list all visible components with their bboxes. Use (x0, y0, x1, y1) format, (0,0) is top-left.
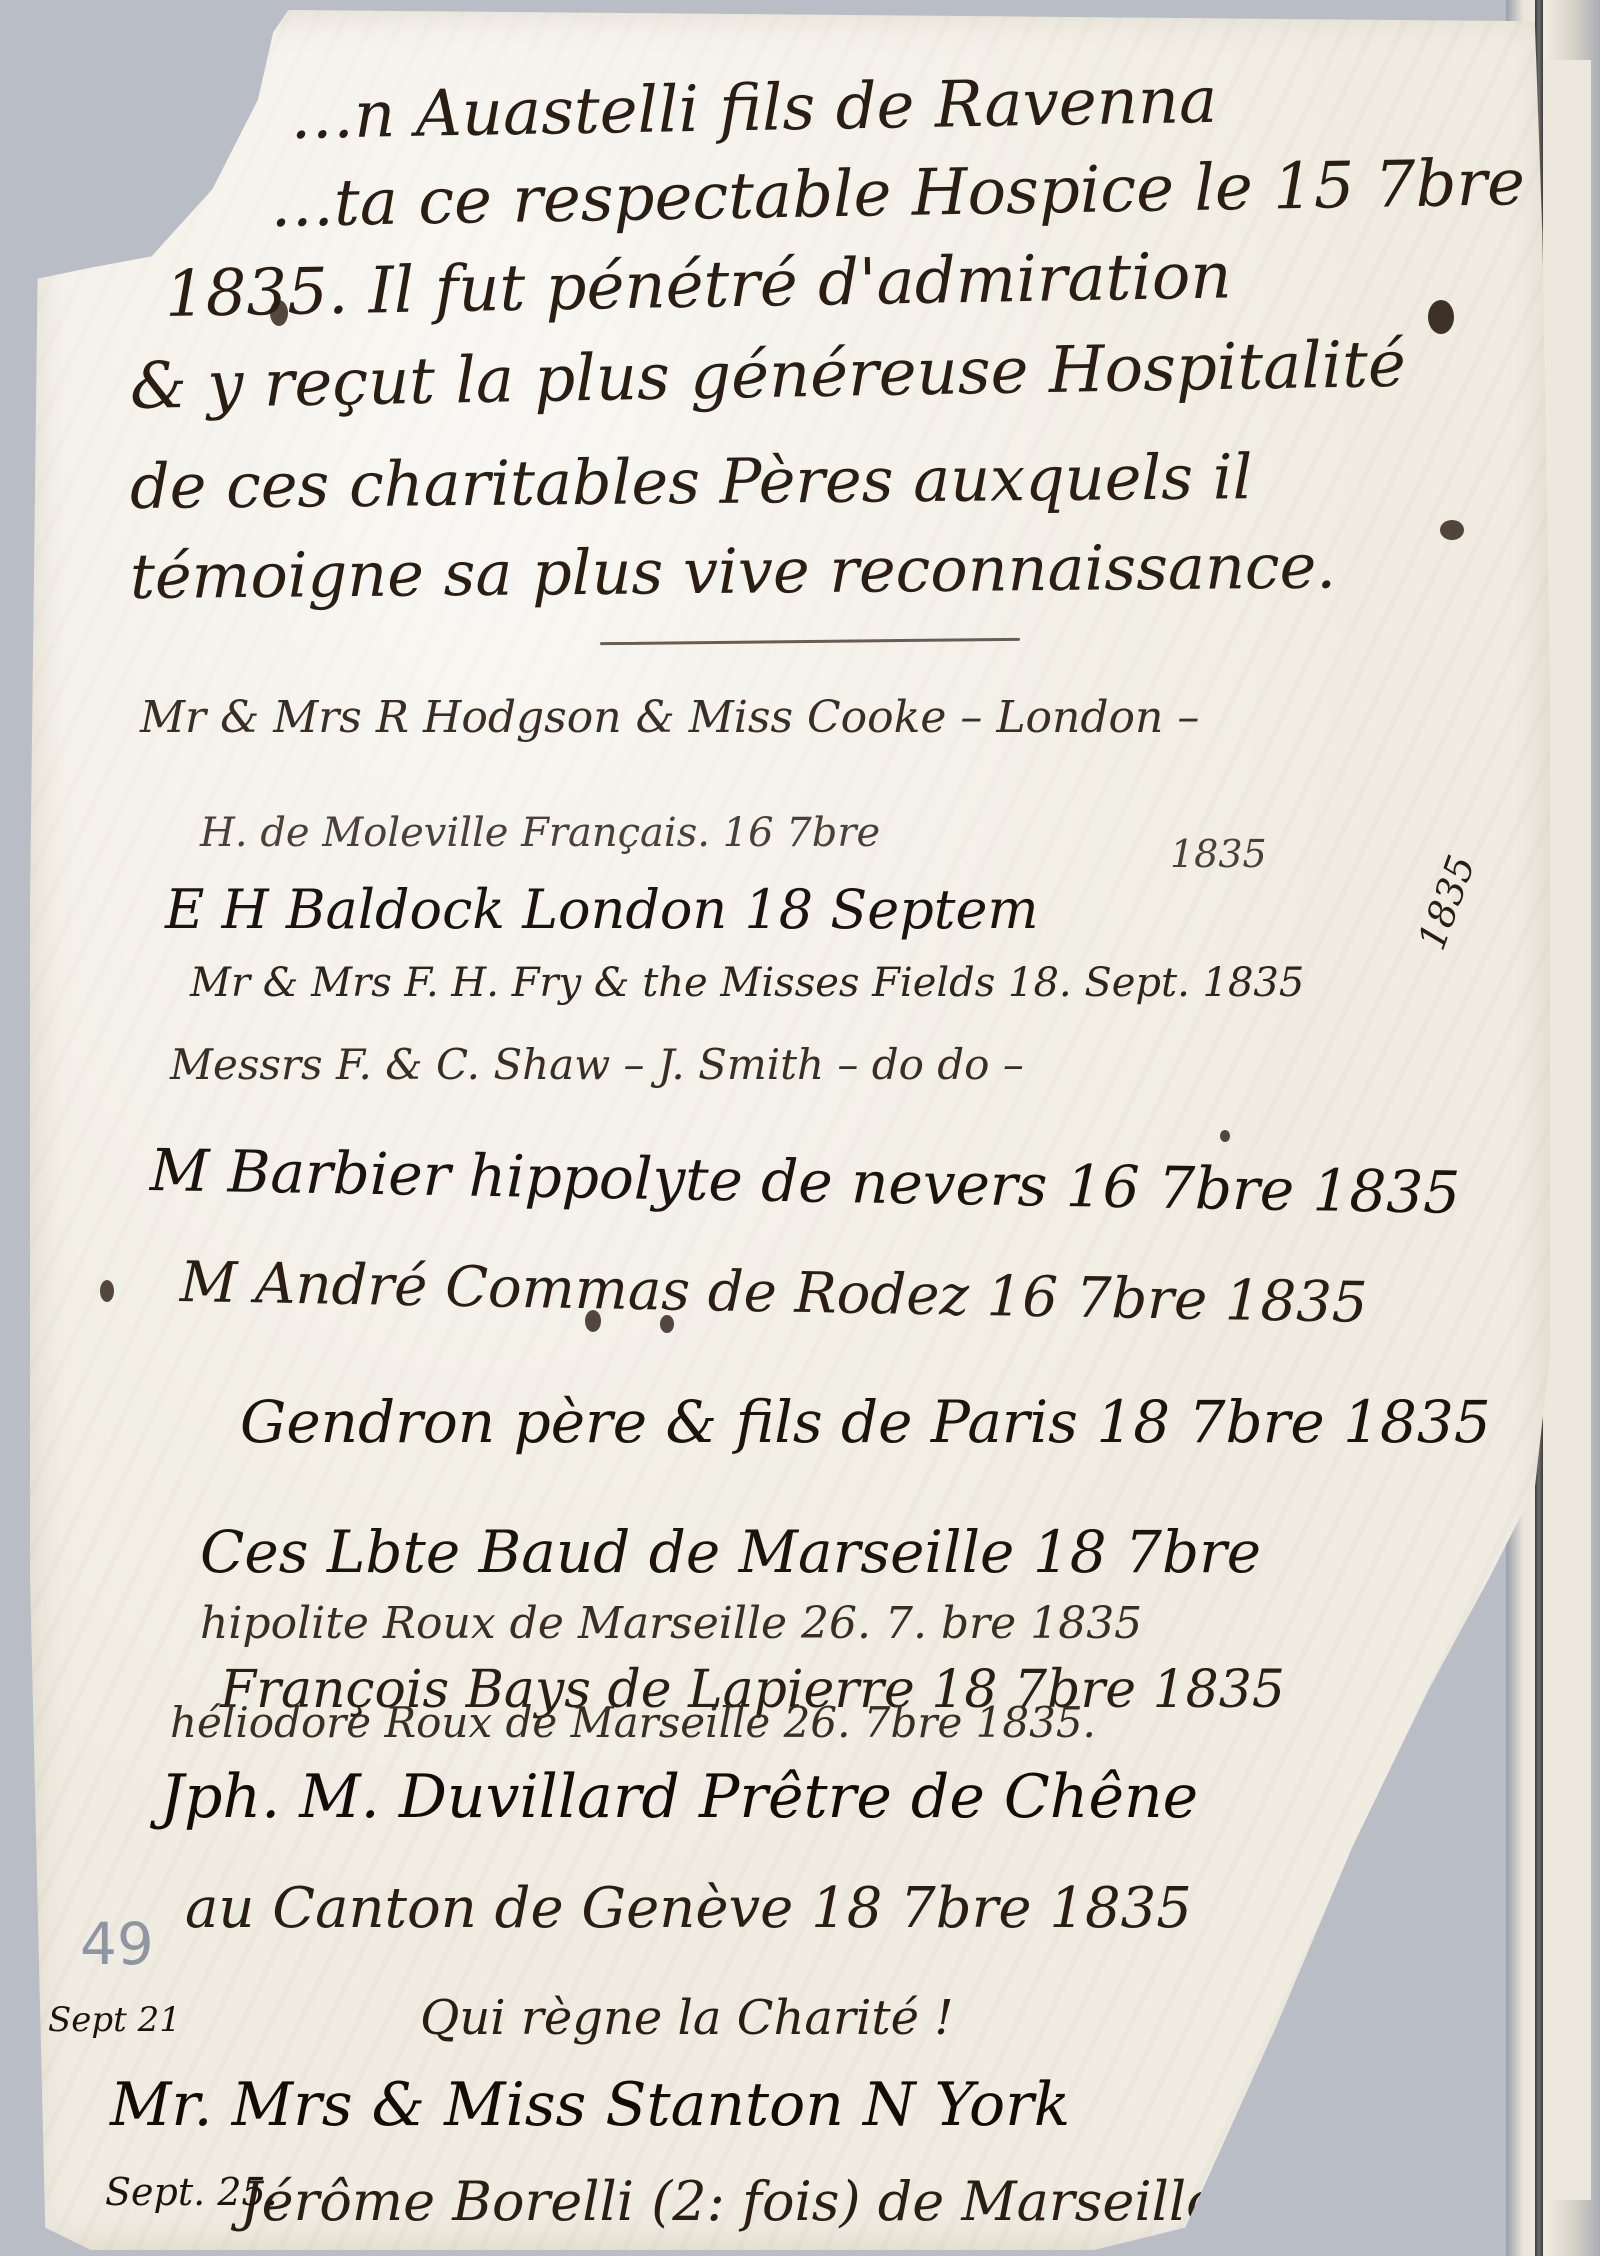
register-entry: E H Baldock London 18 Septem (165, 878, 1039, 941)
margin-date: Sept 21 (48, 2000, 181, 2040)
register-entry: Jérôme Borelli (2: fois) de Marseille (240, 2170, 1218, 2233)
register-entry: H. de Moleville Français. 16 7bre (200, 810, 880, 856)
register-entry: Jph. M. Duvillard Prêtre de Chêne (160, 1762, 1198, 1832)
opening-line-6: témoigne sa plus vive reconnaissance. (130, 529, 1337, 613)
separator-rule (600, 638, 1020, 645)
register-entry-year: 1835 (1409, 850, 1483, 956)
register-entry: au Canton de Genève 18 7bre 1835 (185, 1876, 1192, 1941)
register-entry: Messrs F. & C. Shaw – J. Smith – do do – (170, 1040, 1024, 1089)
opening-line-5: de ces charitables Pères auxquels il (130, 440, 1253, 523)
ink-blot (660, 1315, 674, 1333)
opening-line-3: 1835. Il fut pénétré d'admiration (164, 239, 1232, 332)
ink-blot (1440, 520, 1464, 540)
register-entry: héliodore Roux de Marseille 26. 7bre 183… (170, 1698, 1096, 1747)
register-entry: hipolite Roux de Marseille 26. 7. bre 18… (200, 1598, 1142, 1649)
opening-line-2: …ta ce respectable Hospice le 15 7bre (269, 146, 1525, 242)
ink-blot (100, 1280, 114, 1302)
ink-blot (1220, 1130, 1230, 1142)
margin-date: Sept. 25. (105, 2170, 278, 2214)
register-entry: Mr & Mrs F. H. Fry & the Misses Fields 1… (190, 960, 1304, 1006)
opening-line-4: & y reçut la plus généreuse Hospitalité (129, 328, 1406, 424)
register-entry-motto: Qui règne la Charité ! (420, 1990, 954, 2046)
register-entry: M Barbier hippolyte de nevers 16 7bre 18… (149, 1136, 1460, 1227)
ink-blot (270, 300, 288, 326)
register-entry-year: 1835 (1170, 832, 1267, 876)
ink-blot (585, 1310, 601, 1332)
manuscript-page: …n Auastelli fils de Ravenna …ta ce resp… (30, 10, 1550, 2250)
register-entry: Mr & Mrs R Hodgson & Miss Cooke – London… (140, 692, 1199, 743)
register-entry: Ces Lbte Baud de Marseille 18 7bre (200, 1518, 1261, 1586)
opening-line-1: …n Auastelli fils de Ravenna (289, 64, 1217, 154)
register-entry: Gendron père & fils de Paris 18 7bre 183… (240, 1388, 1491, 1456)
register-entry: Mr. Mrs & Miss Stanton N York (110, 2070, 1070, 2140)
register-entry: M André Commas de Rodez 16 7bre 1835 (179, 1250, 1368, 1336)
folio-number: 49 (80, 1910, 154, 1978)
ink-blot (1428, 300, 1454, 334)
